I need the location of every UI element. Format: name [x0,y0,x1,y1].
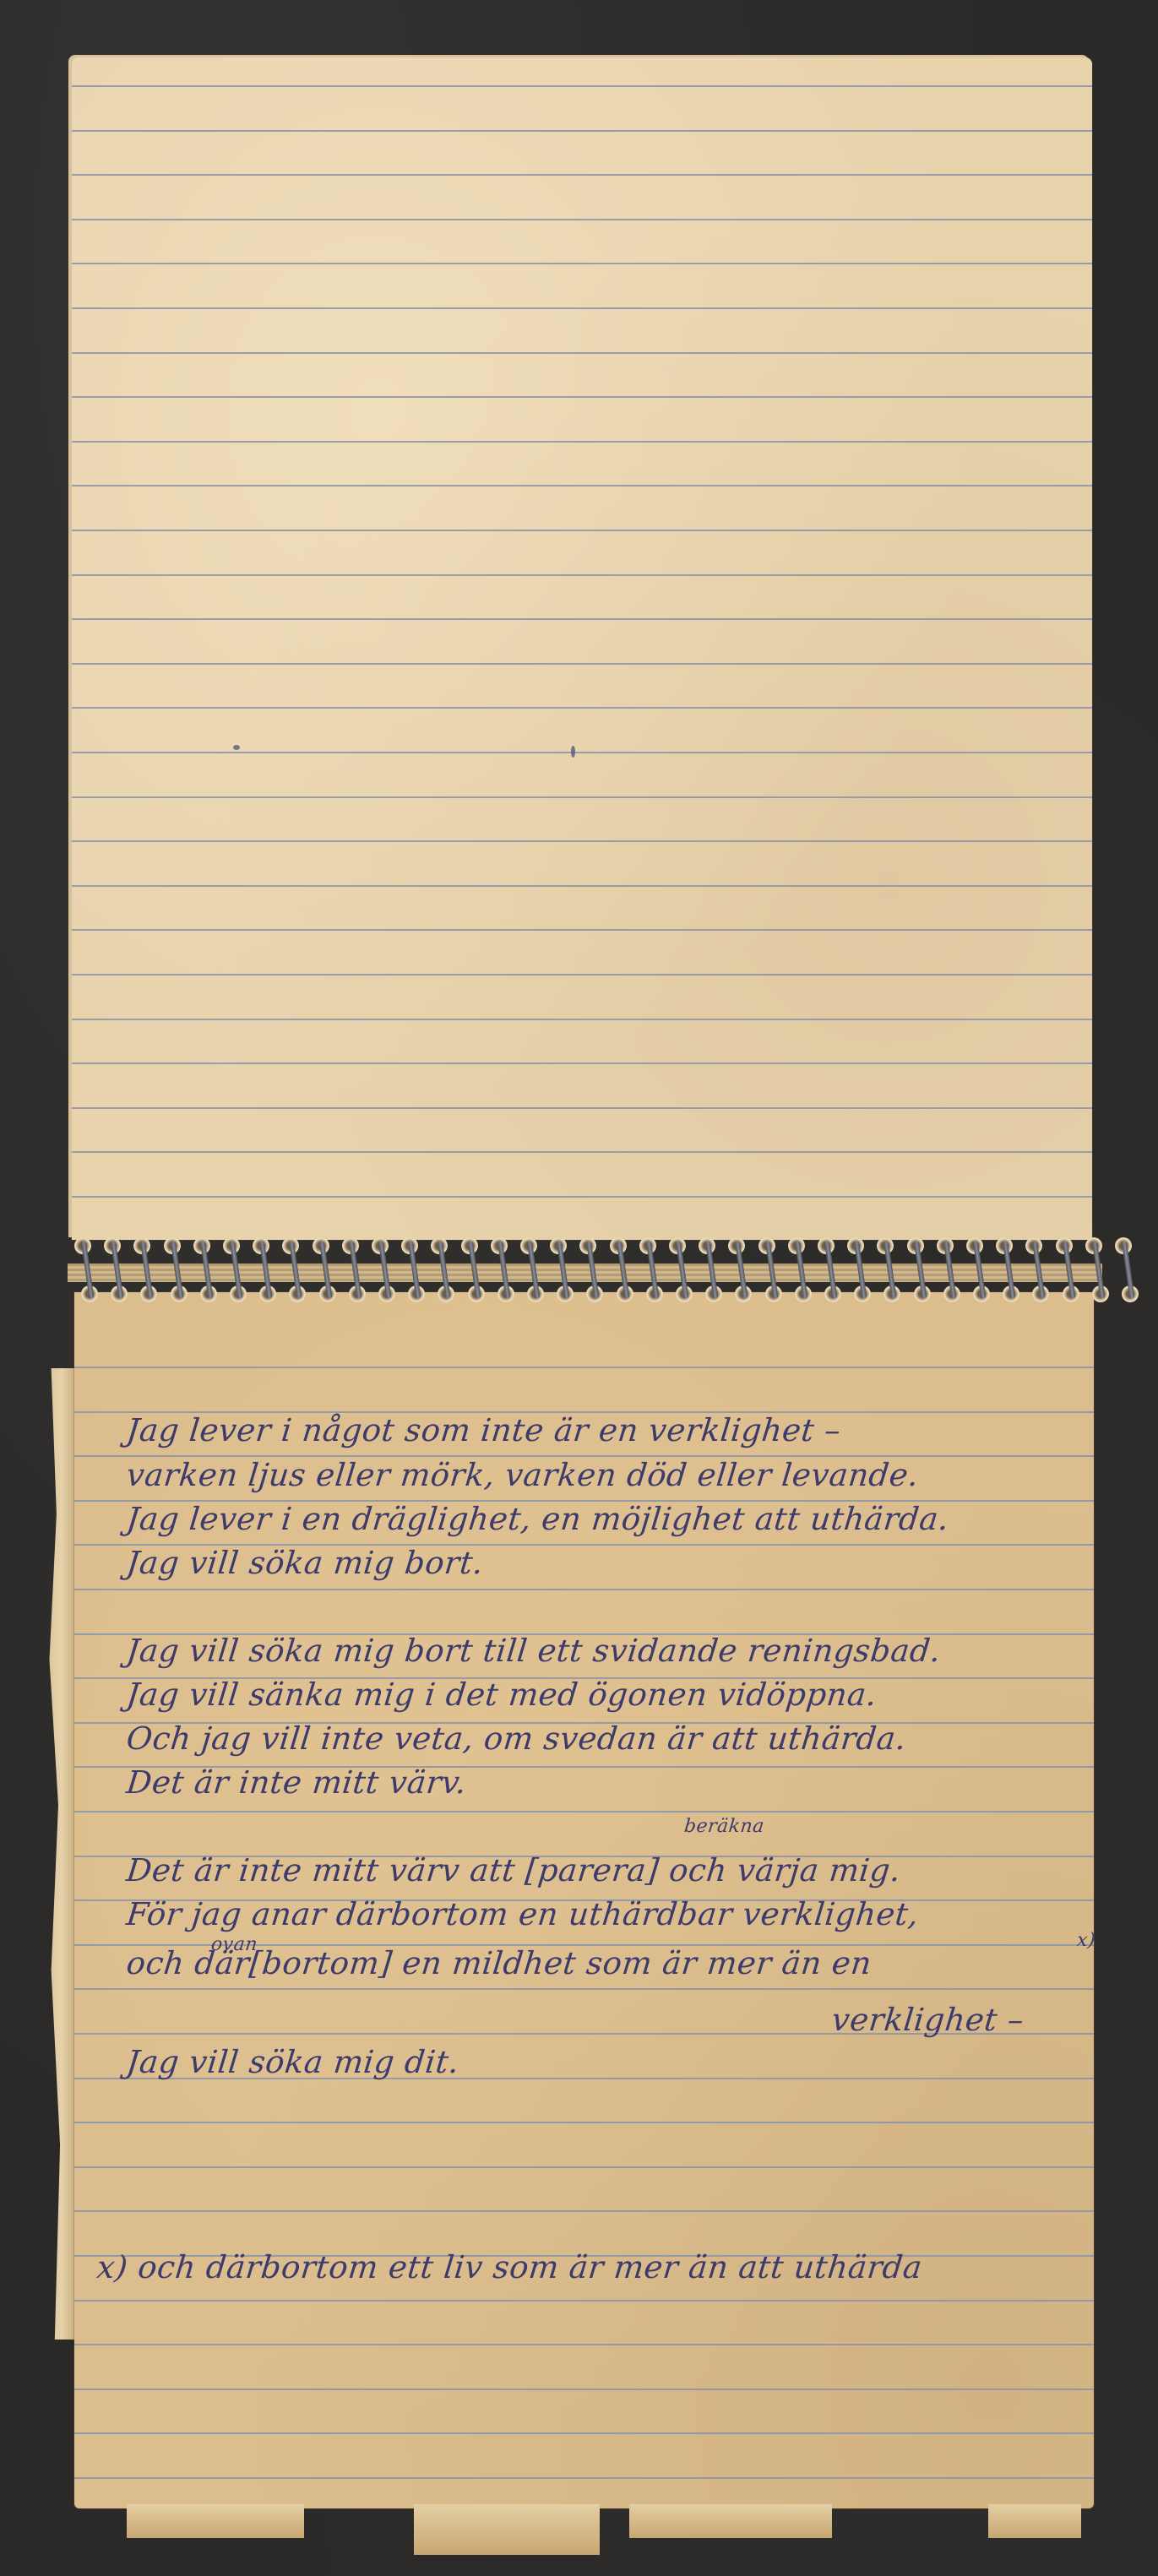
ruled-line [72,974,1092,976]
ruled-line [72,574,1092,576]
ruled-line [72,1151,1092,1153]
spiral-coil [966,1233,992,1309]
ruled-line [72,929,1092,931]
spiral-coil [372,1233,397,1309]
ruled-line [72,1019,1092,1020]
ruled-line [72,352,1092,354]
ruled-line [72,1107,1092,1109]
torn-bottom-scraps [127,2504,304,2538]
spiral-coil [699,1233,724,1309]
ruled-line [74,2432,1094,2434]
spiral-coil [253,1233,278,1309]
handwritten-line-11: Det är inte mitt värv att [parera] och v… [125,1852,903,1889]
spiral-coil [342,1233,367,1309]
ruled-line [74,2210,1094,2212]
ruled-line [74,1589,1094,1590]
ruled-line [72,263,1092,264]
ruled-line [72,1196,1092,1198]
ruled-line [72,174,1092,176]
spiral-coil [461,1233,487,1309]
spiral-coil [1025,1233,1051,1309]
ruled-line [74,2300,1094,2302]
spiral-coil [193,1233,219,1309]
handwritten-line-7: Jag vill sänka mig i det med ögonen vidö… [125,1677,879,1713]
ruled-line [74,1367,1094,1368]
spiral-coil [788,1233,813,1309]
ruled-line [74,2166,1094,2168]
spiral-binding [68,1233,1102,1309]
torn-bottom-scraps [629,2504,832,2538]
spiral-coil [74,1233,100,1309]
ruled-line [72,307,1092,309]
ruled-line [74,2477,1094,2479]
handwritten-line-15: Jag vill söka mig dit. [125,2044,461,2080]
ruled-line [74,2344,1094,2345]
spiral-coil [579,1233,605,1309]
ruled-line [72,1062,1092,1064]
ruled-line [72,663,1092,665]
spiral-coil [223,1233,248,1309]
spiral-coil [610,1233,635,1309]
spiral-coil [907,1233,932,1309]
spiral-coil [550,1233,575,1309]
footnote-mark: x) [1076,1930,1097,1951]
handwritten-footnote: x) och därbortom ett liv som är mer än a… [95,2249,924,2285]
spiral-coil [639,1233,665,1309]
spiral-coil [104,1233,129,1309]
handwritten-line-2: varken ljus eller mörk, varken död eller… [125,1457,921,1493]
spiral-coil [520,1233,546,1309]
handwritten-line-13: och där[bortom] en mildhet som är mer än… [125,1945,873,1981]
ink-speck [571,746,575,758]
torn-bottom-scraps [988,2504,1081,2538]
spiral-coil [669,1233,694,1309]
spiral-coil [401,1233,427,1309]
spiral-coil [847,1233,873,1309]
handwritten-line-14: verklighet – [830,2002,1026,2038]
handwritten-line-4: Jag vill söka mig bort. [125,1545,486,1581]
ruled-line [72,441,1092,443]
spiral-coil [1056,1233,1081,1309]
spiral-coil [1115,1233,1140,1309]
ruled-line [72,707,1092,709]
spiral-coil [758,1233,784,1309]
spiral-coil [282,1233,307,1309]
spiral-coil [728,1233,753,1309]
ruled-line [72,840,1092,842]
handwritten-line-1: Jag lever i något som inte är en verklig… [125,1412,843,1448]
spiral-coil [937,1233,962,1309]
ruled-line [72,396,1092,398]
spiral-coil [877,1233,902,1309]
ruled-line [72,752,1092,753]
ruled-line [72,219,1092,220]
ruled-line [72,530,1092,531]
ruled-line [72,885,1092,887]
ruled-line [72,130,1092,132]
spiral-coil [133,1233,159,1309]
ink-speck [233,745,240,750]
handwritten-line-3: Jag lever i en dräglighet, en möjlighet … [125,1501,951,1537]
ruled-line [72,85,1092,87]
torn-bottom-scraps [414,2504,600,2555]
spiral-coil [164,1233,189,1309]
ruled-line [72,618,1092,620]
handwritten-line-8: Och jag vill inte veta, om svedan är att… [125,1720,908,1757]
insertion-above-parera: beräkna [683,1816,765,1837]
handwritten-line-9: Det är inte mitt värv. [125,1764,469,1801]
upper-notebook-page [72,57,1092,1240]
ruled-line [74,1988,1094,1990]
handwritten-line-6: Jag vill söka mig bort till ett svidande… [125,1633,943,1669]
spiral-coil [818,1233,843,1309]
spiral-coil [996,1233,1021,1309]
ruled-line [72,485,1092,486]
ruled-line [74,2389,1094,2390]
spiral-coil [491,1233,516,1309]
spiral-coil [431,1233,456,1309]
ruled-line [74,2122,1094,2123]
spiral-coil [313,1233,338,1309]
handwritten-line-12: För jag anar därbortom en uthärdbar verk… [125,1896,921,1932]
spiral-coil [1085,1233,1111,1309]
ruled-line [74,1811,1094,1812]
ruled-line [72,796,1092,798]
